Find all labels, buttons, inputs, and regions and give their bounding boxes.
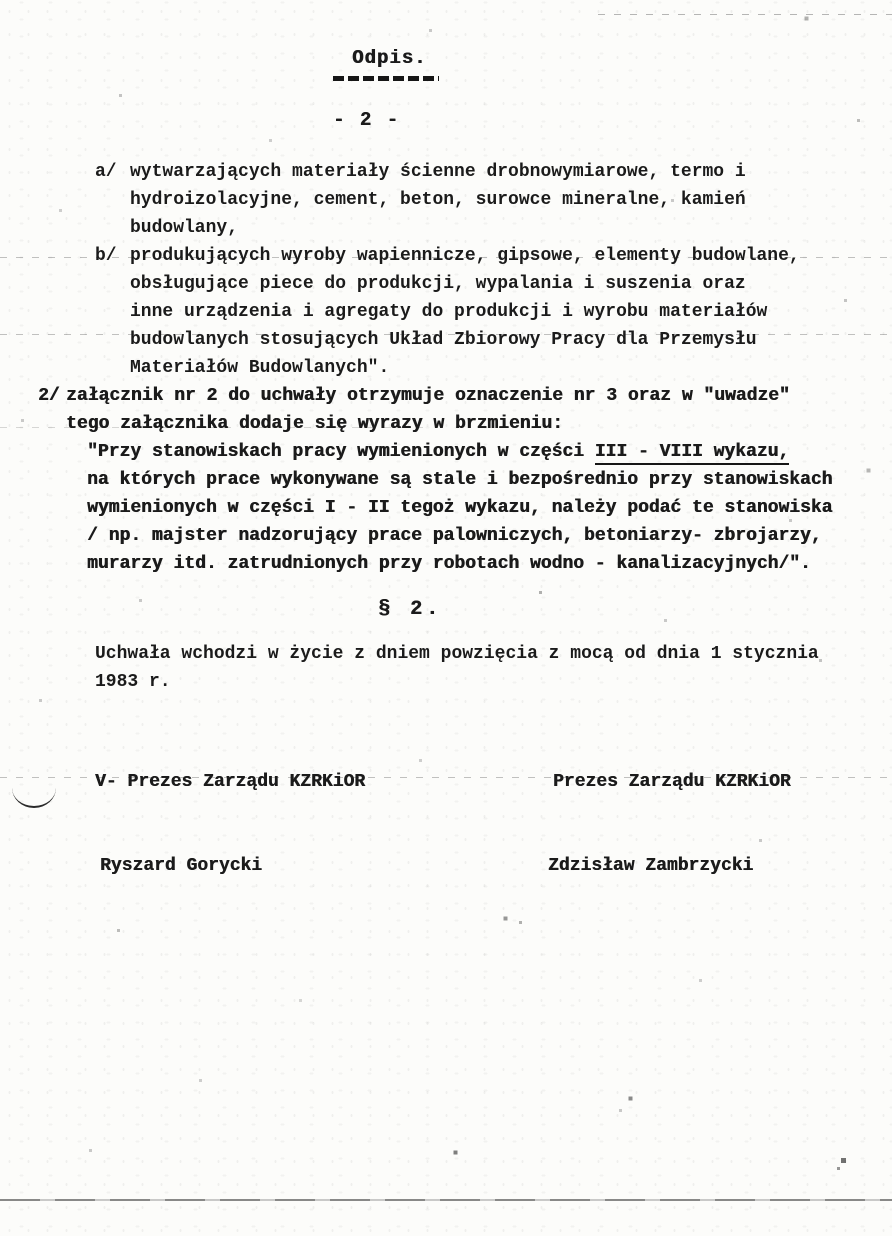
list-item-a: a/ wytwarzających materiały ścienne drob… <box>95 158 892 242</box>
text-line: hydroizolacyjne, cement, beton, surowce … <box>130 186 892 214</box>
text-line: produkujących wyroby wapiennicze, gipsow… <box>130 242 892 270</box>
item-text: wytwarzających materiały ścienne drobnow… <box>130 158 892 242</box>
text-line: murarzy itd. zatrudnionych przy robotach… <box>87 550 892 578</box>
heading-underline <box>333 76 439 81</box>
noise-speckles <box>0 0 1 1</box>
text-line: inne urządzenia i agregaty do produkcji … <box>130 298 892 326</box>
signature-name-right: Zdzisław Zambrzycki <box>548 852 753 880</box>
doc-heading: Odpis. <box>352 44 426 72</box>
scan-artifact-line <box>598 14 892 15</box>
text-line: tego załącznika dodaje się wyrazy w brzm… <box>66 410 892 438</box>
text-line: załącznik nr 2 do uchwały otrzymuje ozna… <box>66 382 892 410</box>
scan-artifact-line <box>0 1199 892 1201</box>
text-line: wytwarzających materiały ścienne drobnow… <box>130 158 892 186</box>
page-number: - 2 - <box>333 106 400 134</box>
list-item-2: 2/ załącznik nr 2 do uchwały otrzymuje o… <box>38 382 892 578</box>
item-marker: 2/ <box>38 382 66 578</box>
item-marker: a/ <box>95 158 130 242</box>
signature-title-right: Prezes Zarządu KZRKiOR <box>553 768 791 796</box>
document-body: a/ wytwarzających materiały ścienne drob… <box>0 158 892 578</box>
document-page: Odpis. - 2 - a/ wytwarzających materiały… <box>0 0 892 1236</box>
quote-block: "Przy stanowiskach pracy wymienionych w … <box>87 438 892 578</box>
item-text: załącznik nr 2 do uchwały otrzymuje ozna… <box>66 382 892 578</box>
section-mark: § 2. <box>378 596 442 624</box>
text-line: 1983 r. <box>95 668 819 696</box>
closing-paragraph: Uchwała wchodzi w życie z dniem powzięci… <box>95 640 819 696</box>
text-line: Uchwała wchodzi w życie z dniem powzięci… <box>95 640 819 668</box>
signature-name-left: Ryszard Gorycki <box>100 852 262 880</box>
text-line: na których prace wykonywane są stale i b… <box>87 466 892 494</box>
text-line: budowlanych stosujących Układ Zbiorowy P… <box>130 326 892 354</box>
text-line: budowlany, <box>130 214 892 242</box>
quote-line1-prefix: "Przy stanowiskach pracy wymienionych w … <box>87 442 595 462</box>
underlined-segment: III - VIII wykazu, <box>595 442 789 465</box>
text-line: obsługujące piece do produkcji, wypalani… <box>130 270 892 298</box>
item-marker: b/ <box>95 242 130 382</box>
text-line: / np. majster nadzorujący prace palownic… <box>87 522 892 550</box>
item-text: produkujących wyroby wapiennicze, gipsow… <box>130 242 892 382</box>
text-line: wymienionych w części I - II tegoż wykaz… <box>87 494 892 522</box>
handwritten-arc-mark <box>12 786 56 808</box>
list-item-b: b/ produkujących wyroby wapiennicze, gip… <box>95 242 892 382</box>
signature-title-left: V- Prezes Zarządu KZRKiOR <box>95 768 365 796</box>
text-line: Materiałów Budowlanych". <box>130 354 892 382</box>
text-line: "Przy stanowiskach pracy wymienionych w … <box>87 438 892 466</box>
